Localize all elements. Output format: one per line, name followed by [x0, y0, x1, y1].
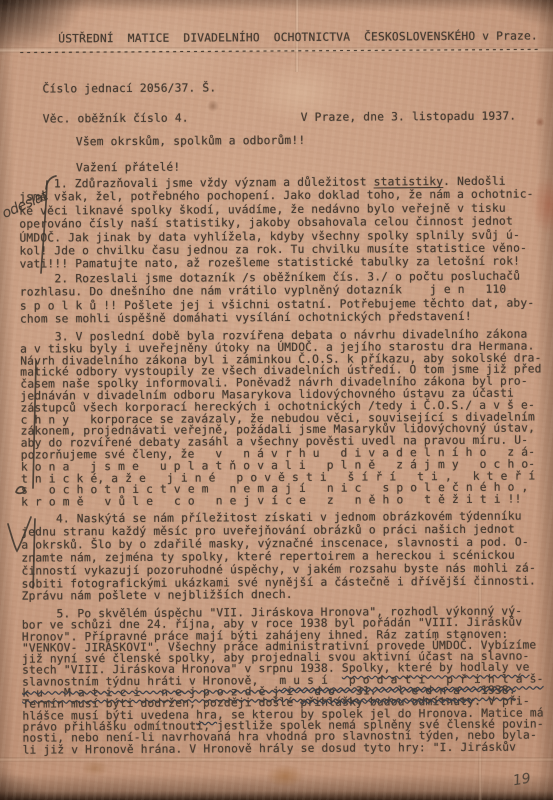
place-date: V Praze, dne 3. listopadu 1937. [301, 110, 517, 124]
text-line: li již v Hronově hrána. V Hronově hrály … [23, 741, 544, 755]
handwritten-page-number: 19 [512, 771, 532, 790]
reference-number: Číslo jednací 2056/37. Š. [42, 81, 216, 95]
paragraph-2: 2. Rozeslali jsme dotazník /s oběžníkem … [20, 269, 535, 326]
text-line: Zprávu nám pošlete v nejbližších dnech. [22, 588, 536, 604]
text-segment: vati!!! Pamatujte nato, až rozešleme sta… [20, 255, 521, 271]
paragraph-1: 1. Zdůrazňovali jsme vždy význam a důlež… [19, 174, 534, 271]
paragraph-3: 3. V poslední době byla rozvířena debata… [20, 328, 542, 508]
text-line: chom se mohli úspěšně domáhati vysílání … [20, 310, 534, 327]
text-segment: li již v Hronově hrána. V Hronově hrály … [23, 740, 517, 756]
text-segment: k r o m ě v ů l e c o n e j v í c e z n … [21, 493, 522, 509]
paper-sheet: ÚSTŘEDNÍ MATICE DIVADELNÍHO OCHOTNICTVA … [0, 0, 553, 800]
salutation-greeting: Važení přátelé! [76, 161, 180, 175]
text-segment: Zprávu nám pošlete v nejbližších dnech. [22, 588, 293, 603]
paragraph-4: 4. Naskýtá se nám příležitost získati v … [21, 510, 536, 603]
divider-dashes: ----------------------------------------… [18, 42, 539, 58]
salutation-recipients: Všem okrskům, spolkům a odborům!! [76, 134, 305, 148]
underlined-text: statistiky [374, 175, 444, 188]
subject-line: Věc. oběžník číslo 4. [43, 112, 189, 126]
document-photo: ÚSTŘEDNÍ MATICE DIVADELNÍHO OCHOTNICTVA … [0, 0, 553, 800]
paragraph-5: 5. Po skvělém úspěchu "VII. Jiráskova Hr… [22, 605, 544, 755]
text-segment: chom se mohli úspěšně domáhati vysílání … [20, 310, 472, 326]
text-segment: . Nedošli [443, 175, 506, 188]
document-body: ÚSTŘEDNÍ MATICE DIVADELNÍHO OCHOTNICTVA … [18, 0, 553, 800]
text-line: k r o m ě v ů l e c o n e j v í c e z n … [21, 494, 542, 509]
